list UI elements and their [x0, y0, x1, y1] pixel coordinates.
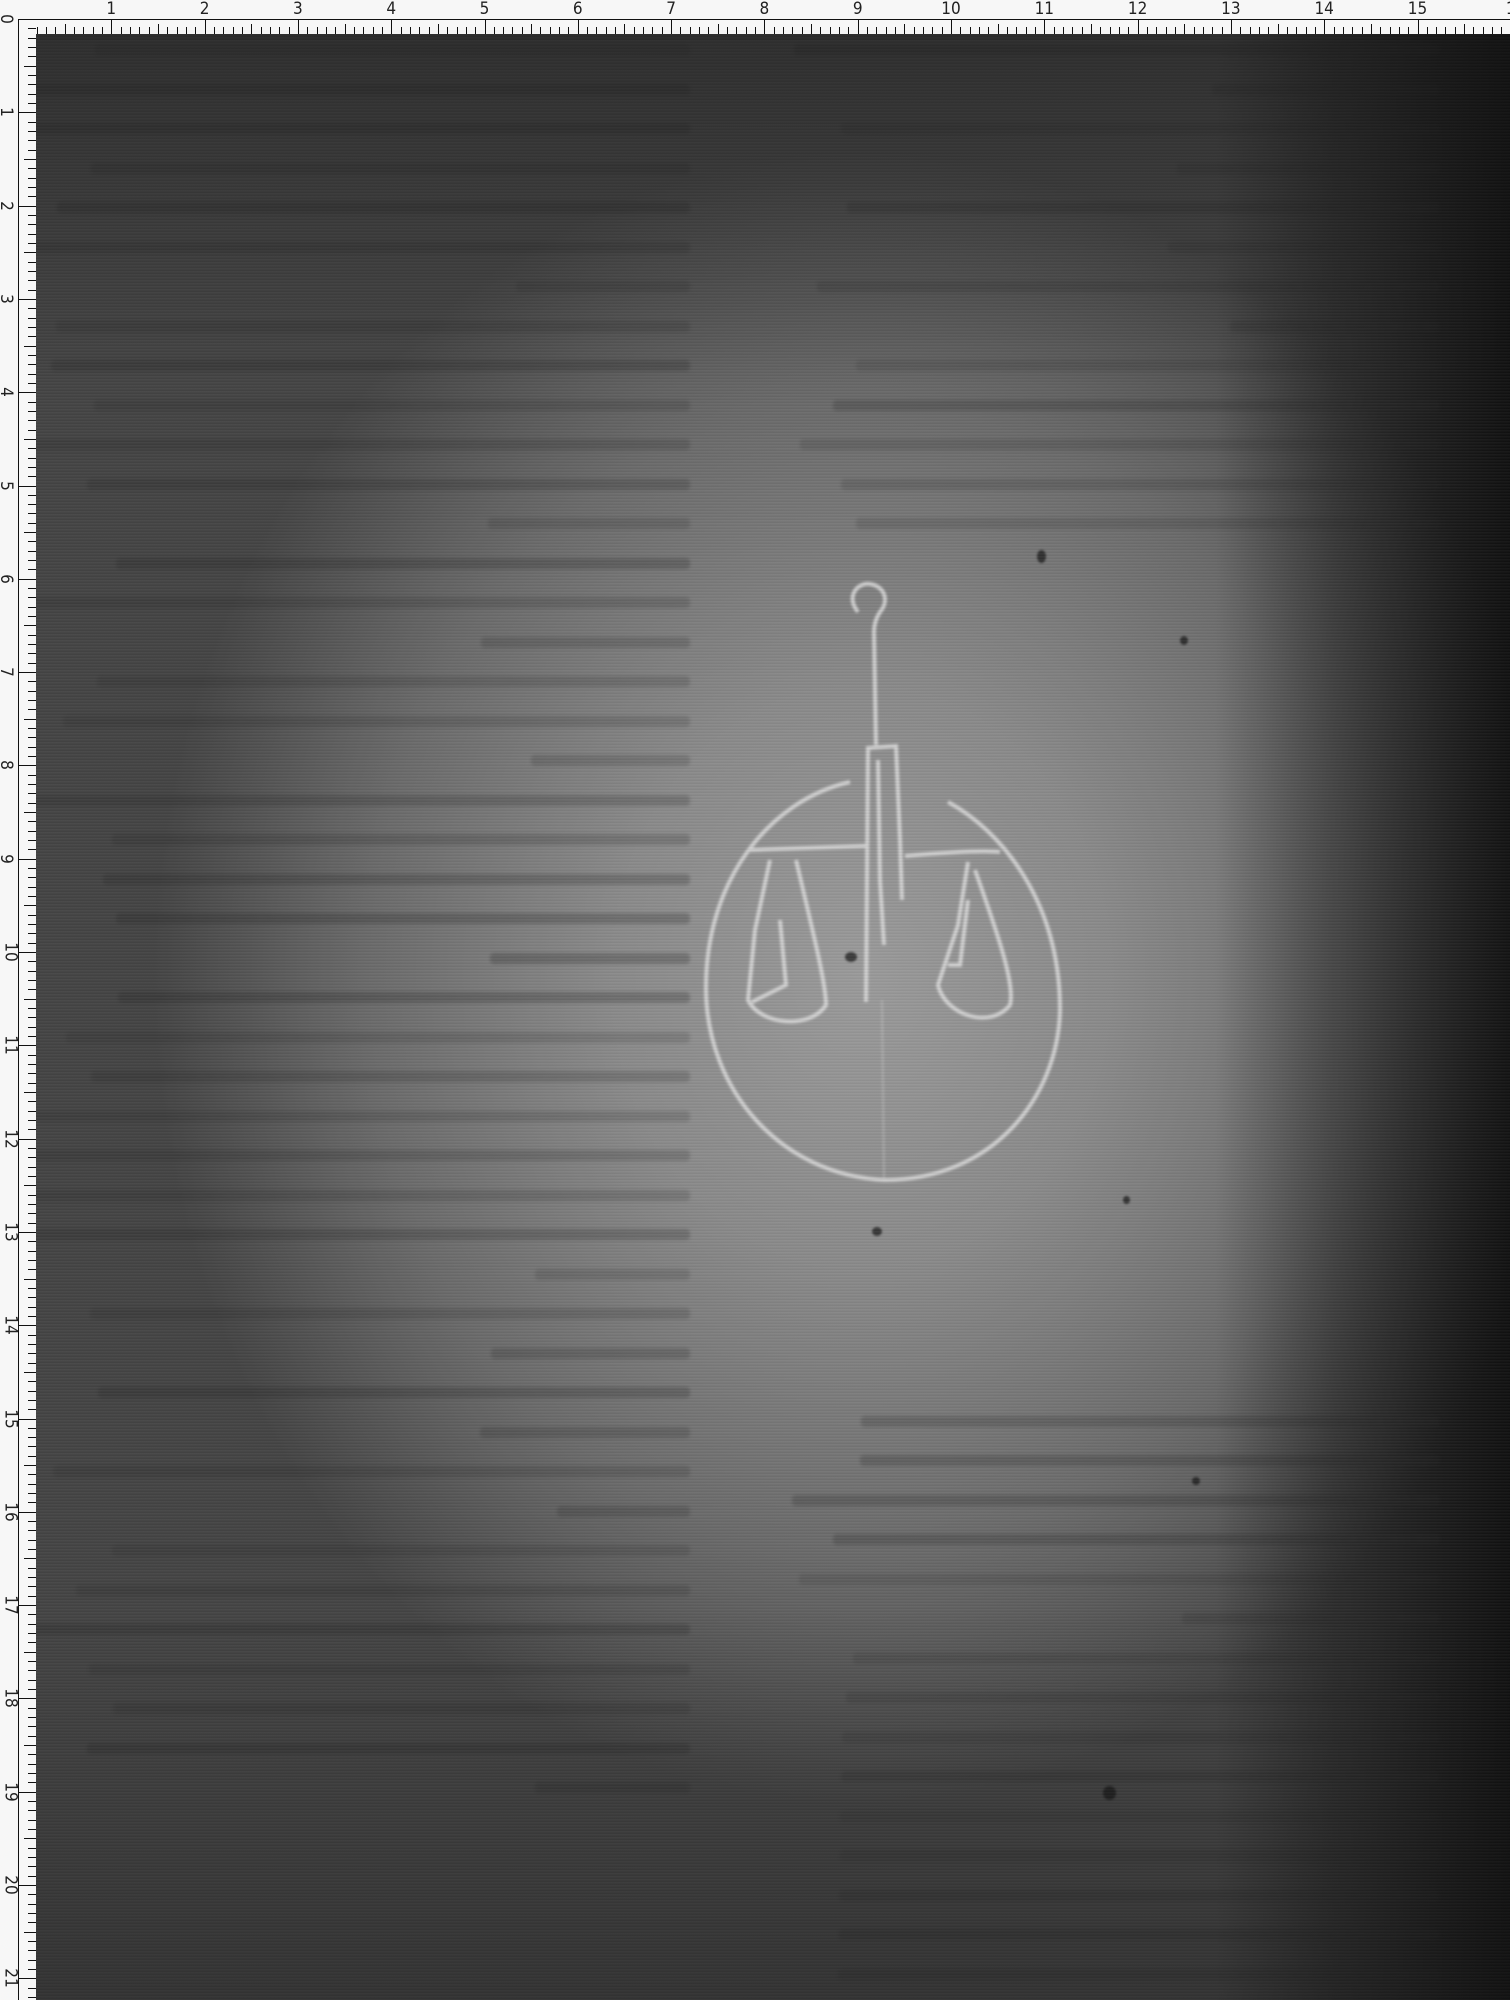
left-ruler-label: 17: [3, 1595, 19, 1614]
left-ruler-label: 5: [0, 481, 14, 491]
left-ruler-label: 7: [0, 667, 14, 677]
left-ruler-label: 21: [3, 1969, 19, 1988]
ink-spot: [1180, 636, 1188, 645]
ink-spot: [845, 952, 857, 962]
top-ruler-label: 10: [941, 0, 960, 18]
top-ruler-label: 1: [106, 0, 116, 18]
left-ruler-label: 12: [3, 1129, 19, 1148]
top-ruler-label: 8: [760, 0, 770, 18]
left-ruler-label: 6: [0, 574, 14, 584]
top-ruler-label: 6: [573, 0, 583, 18]
left-ruler: 0123456789101112131415161718192021: [0, 0, 36, 2000]
left-ruler-label: 9: [0, 854, 14, 864]
left-ruler-label: 1: [0, 107, 14, 117]
left-ruler-label: 0: [0, 14, 14, 24]
paper-radiograph-image: [36, 34, 1510, 2000]
top-ruler-label: 5: [480, 0, 490, 18]
ink-spot: [872, 1227, 882, 1236]
ink-spot: [1192, 1477, 1200, 1485]
left-ruler-label: 20: [3, 1875, 19, 1894]
left-ruler-label: 18: [3, 1689, 19, 1708]
ink-spot: [1103, 1786, 1116, 1800]
ink-spot: [1123, 1196, 1130, 1204]
top-ruler-label: 3: [293, 0, 303, 18]
top-ruler-label: 11: [1035, 0, 1054, 18]
left-ruler-label: 16: [3, 1502, 19, 1521]
top-ruler-label: 7: [666, 0, 676, 18]
top-ruler-label: 14: [1314, 0, 1333, 18]
left-ruler-label: 4: [0, 387, 14, 397]
left-ruler-label: 10: [3, 942, 19, 961]
left-ruler-label: 11: [3, 1036, 19, 1055]
top-ruler-label: 15: [1408, 0, 1427, 18]
top-ruler-label: 12: [1128, 0, 1147, 18]
top-ruler-label: 9: [853, 0, 863, 18]
top-ruler-label: 1: [1506, 0, 1510, 18]
ink-spot: [1037, 550, 1046, 563]
top-ruler: 01234567891011121314151: [0, 0, 1510, 34]
scales-watermark-icon: [36, 34, 1510, 2000]
top-ruler-label: 4: [386, 0, 396, 18]
top-ruler-label: 2: [200, 0, 210, 18]
left-ruler-label: 19: [3, 1782, 19, 1801]
left-ruler-label: 15: [3, 1409, 19, 1428]
left-ruler-label: 3: [0, 294, 14, 304]
left-ruler-label: 8: [0, 761, 14, 771]
top-ruler-label: 13: [1221, 0, 1240, 18]
left-ruler-label: 2: [0, 201, 14, 211]
left-ruler-label: 13: [3, 1222, 19, 1241]
left-ruler-label: 14: [3, 1315, 19, 1334]
